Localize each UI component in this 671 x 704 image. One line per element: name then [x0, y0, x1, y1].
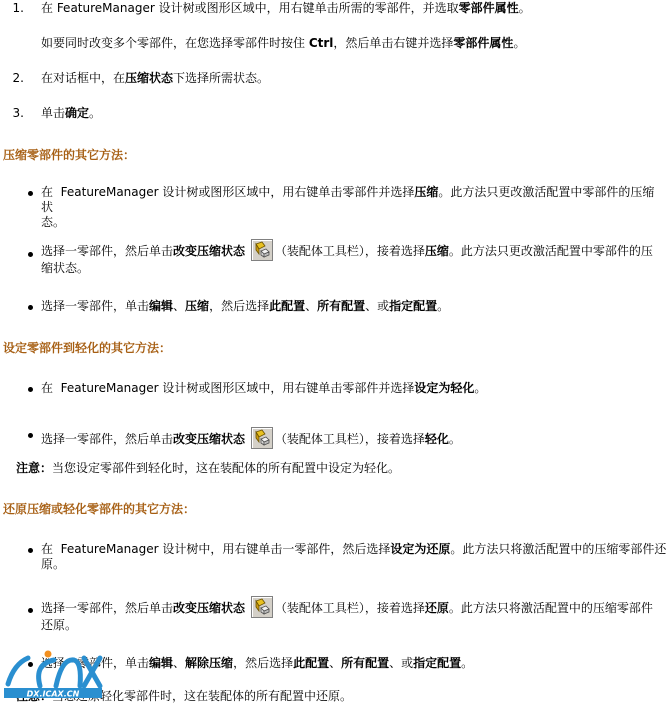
bullet-dot [28, 305, 33, 310]
suppress-method-1-line2: 态。 [41, 215, 666, 230]
step-1-subnote: 如要同时改变多个零部件，在您选择零部件时按住 Ctrl，然后单击右键并选择零部件… [41, 36, 525, 51]
icax-logo-icon: DX.ICAX.CN [4, 648, 104, 700]
step-2-text-a: 在对话框中，在 [41, 71, 125, 85]
step-2-text-b: 下选择所需状态。 [173, 71, 269, 85]
suppress-method-1-line1: 在 FeatureManager 设计树或图形区域中，用右键单击零部件并选择压缩… [41, 185, 666, 215]
icax-watermark: DX.ICAX.CN [4, 648, 104, 700]
suppress-method-1: 在 FeatureManager 设计树或图形区域中，用右键单击零部件并选择压缩… [41, 185, 666, 230]
suppress-method-3: 选择一零部件，单击编辑、压缩，然后选择此配置、所有配置、或指定配置。 [41, 299, 449, 314]
step-3-text-b: 。 [89, 106, 101, 120]
svg-text:DX.ICAX.CN: DX.ICAX.CN [27, 690, 80, 699]
step-number-3: 3. [4, 106, 24, 121]
step-number-2: 2. [4, 71, 24, 86]
change-suppression-state-icon[interactable] [251, 239, 273, 261]
suppress-method-2: 选择一零部件，然后单击改变压缩状态 （装配体工具栏），接着选择压缩。此方法只更改… [41, 239, 671, 276]
step-number-1: 1. [4, 1, 24, 16]
step-1-text-b: 。 [519, 1, 531, 15]
change-suppression-state-icon[interactable] [251, 427, 273, 449]
lightweight-method-2: 选择一零部件，然后单击改变压缩状态 （装配体工具栏），接着选择轻化。 [41, 427, 461, 449]
step-1-text-a: 在 FeatureManager 设计树或图形区域中，用右键单击所需的零部件，并… [41, 1, 459, 15]
component-properties-term: 零部件属性 [453, 36, 513, 50]
step-2-text: 在对话框中，在压缩状态下选择所需状态。 [41, 71, 269, 86]
step-3-text: 单击确定。 [41, 106, 101, 121]
note-label: 注意： [16, 461, 52, 475]
suppression-state-term: 压缩状态 [125, 71, 173, 85]
section-heading-suppress: 压缩零部件的其它方法： [3, 148, 135, 163]
resolve-method-1: 在 FeatureManager 设计树中，用右键单击一零部件，然后选择设定为还… [41, 542, 671, 572]
step-1-text: 在 FeatureManager 设计树或图形区域中，用右键单击所需的零部件，并… [41, 1, 531, 16]
bullet-dot [28, 191, 33, 196]
step-1-subnote-a: 如要同时改变多个零部件，在您选择零部件时按住 [41, 36, 309, 50]
section-heading-resolve: 还原压缩或轻化零部件的其它方法： [3, 502, 195, 517]
suppress-method-2-line2: 缩状态。 [41, 261, 671, 276]
section-heading-lightweight: 设定零部件到轻化的其它方法： [3, 341, 171, 356]
resolve-method-2: 选择一零部件，然后单击改变压缩状态 （装配体工具栏），接着选择还原。此方法只将激… [41, 596, 671, 633]
resolve-method-2-line1: 选择一零部件，然后单击改变压缩状态 （装配体工具栏），接着选择还原。此方法只将激… [41, 596, 671, 618]
lightweight-method-1: 在 FeatureManager 设计树或图形区域中，用右键单击零部件并选择设定… [41, 381, 486, 396]
ok-term: 确定 [65, 106, 89, 120]
component-properties-term: 零部件属性 [459, 1, 519, 15]
change-suppression-state-icon[interactable] [251, 596, 273, 618]
bullet-dot [28, 608, 33, 613]
ctrl-key-term: Ctrl [309, 36, 334, 50]
suppress-method-2-line1: 选择一零部件，然后单击改变压缩状态 （装配体工具栏），接着选择压缩。此方法只更改… [41, 239, 671, 261]
resolve-method-1-line2: 原。 [41, 557, 671, 572]
bullet-dot [28, 387, 33, 392]
step-3-text-a: 单击 [41, 106, 65, 120]
step-1-subnote-c: 。 [513, 36, 525, 50]
resolve-method-1-line1: 在 FeatureManager 设计树中，用右键单击一零部件，然后选择设定为还… [41, 542, 671, 557]
bullet-dot [28, 252, 33, 257]
resolve-method-2-line2: 还原。 [41, 618, 671, 633]
bullet-dot [28, 433, 33, 438]
note-text: 当您设定零部件到轻化时，这在装配体的所有配置中设定为轻化。 [52, 461, 400, 475]
resolve-method-3: 选择一零部件，单击编辑、解除压缩，然后选择此配置、所有配置、或指定配置。 [41, 656, 473, 671]
bullet-dot [28, 548, 33, 553]
step-1-subnote-b: ，然后单击右键并选择 [333, 36, 453, 50]
lightweight-note: 注意：当您设定零部件到轻化时，这在装配体的所有配置中设定为轻化。 [16, 461, 400, 476]
